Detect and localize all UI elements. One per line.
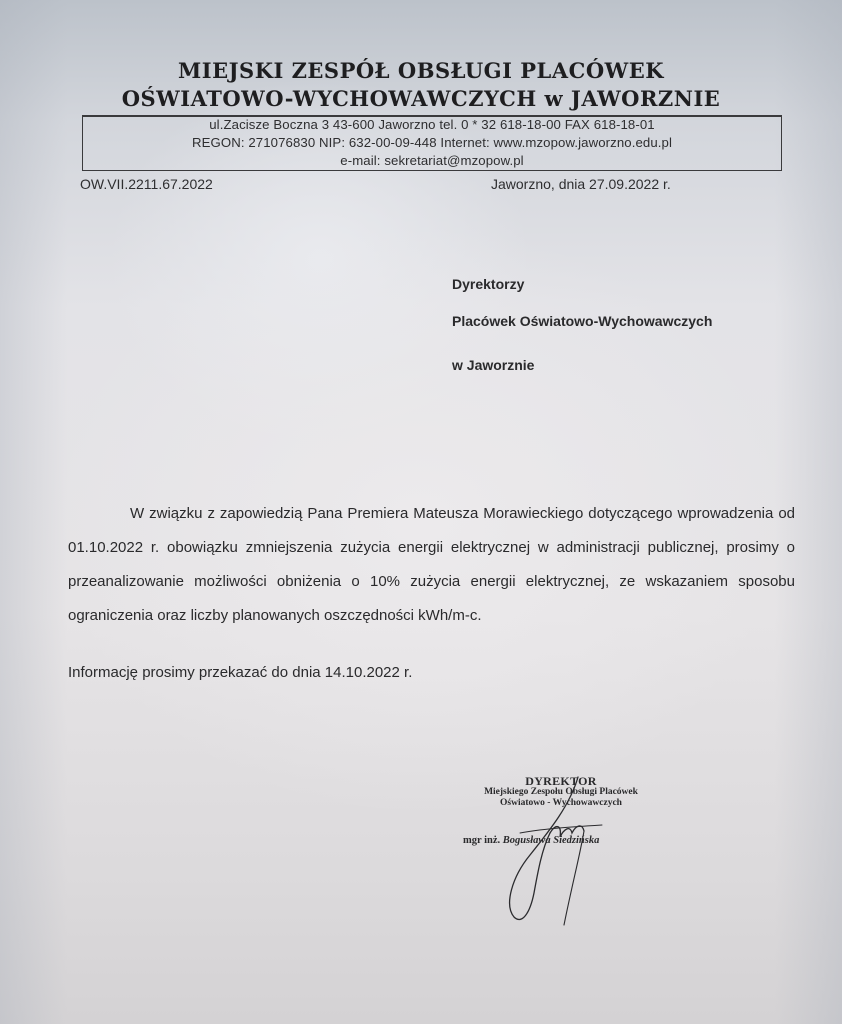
letter-body-paragraph: W związku z zapowiedzią Pana Premiera Ma… [68,497,795,633]
letterhead-org-name-line2: OŚWIATOWO-WYCHOWAWCZYCH w JAWORZNIE [0,86,842,111]
place-and-date: Jaworzno, dnia 27.09.2022 r. [491,176,671,192]
addressee-line3: w Jaworznie [452,357,534,373]
letterhead-regon-nip-website: REGON: 271076830 NIP: 632-00-09-448 Inte… [82,135,782,150]
addressee-line1: Dyrektorzy [452,276,524,292]
letterhead-address-phone: ul.Zacisze Boczna 3 43-600 Jaworzno tel.… [82,117,782,132]
reference-number: OW.VII.2211.67.2022 [80,176,213,192]
letter-closing-request: Informację prosimy przekazać do dnia 14.… [68,664,412,681]
handwritten-signature-icon [490,775,630,935]
letterhead-email: e-mail: sekretariat@mzopow.pl [82,153,782,168]
addressee-line2: Placówek Oświatowo-Wychowawczych [452,313,712,329]
letterhead-org-name-line1: MIEJSKI ZESPÓŁ OBSŁUGI PLACÓWEK [0,58,842,83]
